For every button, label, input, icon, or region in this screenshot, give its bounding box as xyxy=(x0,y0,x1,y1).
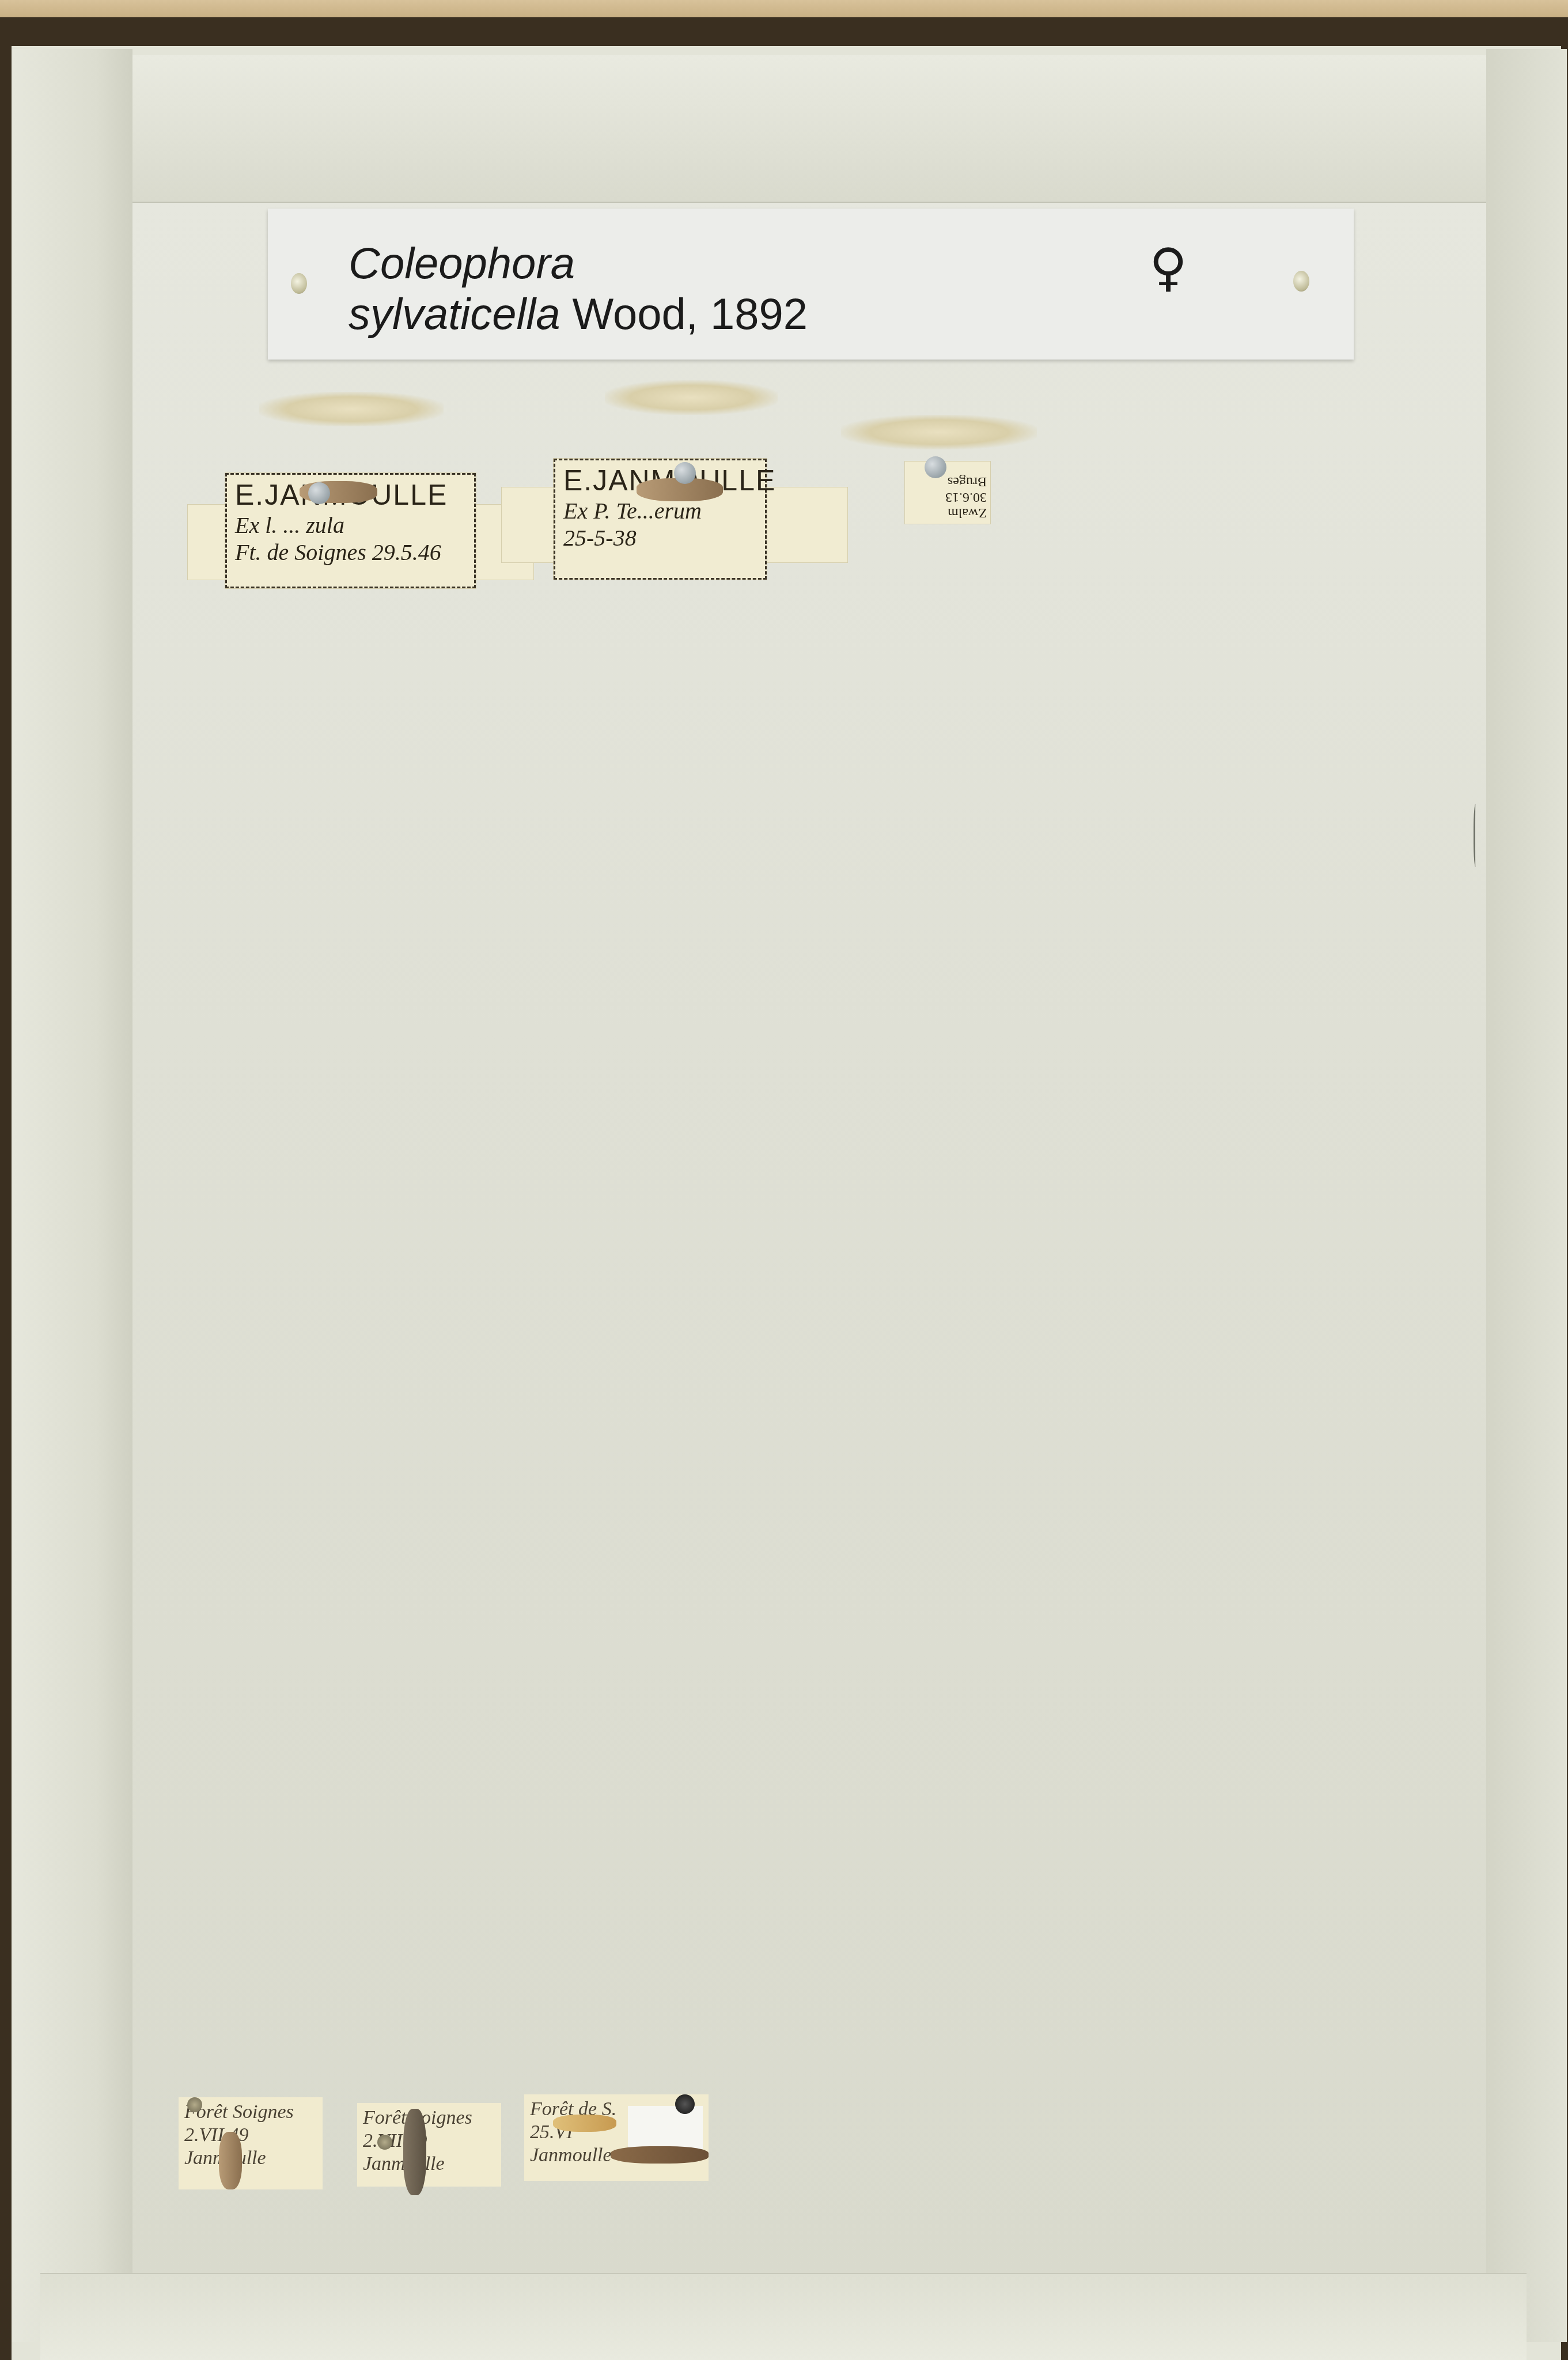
locality-label: Zwalm 30.6.13 Bruges xyxy=(904,461,991,524)
species-epithet: sylvaticella xyxy=(349,290,560,339)
card-mount xyxy=(628,2106,703,2149)
pin-head-icon xyxy=(675,2094,695,2114)
case-label: Forêt Soignes 2.VII.49 Janmoulle xyxy=(179,2097,323,2189)
larval-case xyxy=(553,2115,616,2132)
case-specimen-3[interactable]: Forêt de S. 25.VI Janmoulle xyxy=(524,2089,714,2187)
specimen-1[interactable]: E.JANMOULLE Ex l. ... zula Ft. de Soigne… xyxy=(179,369,524,599)
stray-hair xyxy=(1474,804,1479,867)
moth-icon xyxy=(259,392,444,426)
box-wall-right xyxy=(1486,49,1567,2342)
moth-icon xyxy=(605,380,778,415)
pin-head-icon xyxy=(674,462,696,484)
collector-label: E.JANMOULLE Ex P. Te...erum 25-5-38 xyxy=(553,458,767,580)
specimen-3[interactable]: Zwalm 30.6.13 Bruges xyxy=(835,380,1054,542)
rivet-icon xyxy=(1293,271,1309,292)
pin-head-icon xyxy=(187,2097,202,2112)
case-specimen-2[interactable]: Forêt Soignes 2.VII.49 Janmoulle xyxy=(357,2103,501,2195)
box-wall-left xyxy=(12,49,132,2342)
box-wall-bottom xyxy=(40,2273,1527,2360)
pin-head-icon xyxy=(925,456,946,478)
author-year: Wood, 1892 xyxy=(573,290,808,339)
box-wall-top xyxy=(40,55,1532,203)
wooden-drawer-edge xyxy=(0,0,1568,17)
pin-head-icon xyxy=(308,482,330,504)
female-symbol-icon: ♀ xyxy=(1149,237,1187,298)
moth-icon xyxy=(841,415,1037,449)
specimen-2[interactable]: E.JANMOULLE Ex P. Te...erum 25-5-38 xyxy=(501,363,847,593)
larval-case xyxy=(219,2132,242,2189)
larval-case xyxy=(403,2109,426,2195)
species-name: sylvaticella Wood, 1892 xyxy=(349,289,808,339)
case-specimen-1[interactable]: Forêt Soignes 2.VII.49 Janmoulle xyxy=(179,2086,323,2195)
larval-case xyxy=(611,2146,709,2164)
species-label: Coleophora sylvaticella Wood, 1892 ♀ xyxy=(268,209,1354,360)
pin-head-icon xyxy=(377,2135,392,2150)
rivet-icon xyxy=(291,273,307,294)
genus-name: Coleophora xyxy=(349,239,575,289)
